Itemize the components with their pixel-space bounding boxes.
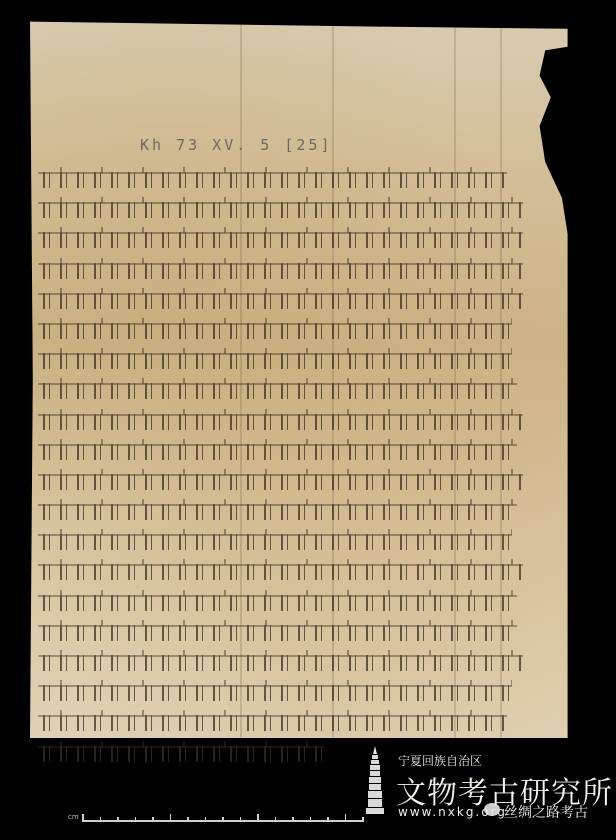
catalog-label: Kh 73 XV. 5 [25] — [140, 136, 333, 154]
handwritten-text — [38, 564, 523, 580]
scale-tick — [205, 817, 207, 822]
handwritten-text — [38, 715, 507, 731]
scale-tick — [310, 817, 312, 822]
manuscript-line — [38, 647, 598, 675]
handwritten-text — [38, 293, 523, 309]
manuscript-line — [38, 315, 598, 343]
scale-tick — [135, 817, 137, 822]
scale-tick — [100, 817, 102, 822]
pagoda-logo-icon — [364, 746, 386, 820]
handwritten-text — [38, 172, 507, 188]
manuscript-line — [38, 556, 598, 584]
manuscript-line — [38, 164, 598, 192]
manuscript-line — [38, 707, 598, 735]
scale-tick — [82, 814, 84, 822]
scale-tick — [275, 817, 277, 822]
handwritten-text — [38, 444, 517, 460]
handwritten-text — [38, 323, 512, 339]
manuscript-line — [38, 406, 598, 434]
manuscript-line — [38, 617, 598, 645]
handwritten-text — [38, 625, 517, 641]
scale-tick — [222, 817, 224, 822]
handwritten-text — [38, 202, 523, 218]
manuscript-line — [38, 738, 598, 766]
handwritten-text — [38, 534, 512, 550]
scale-tick — [117, 817, 119, 822]
handwritten-text — [38, 504, 517, 520]
handwritten-text — [38, 414, 523, 430]
handwritten-text — [38, 685, 512, 701]
handwritten-text — [38, 474, 523, 490]
manuscript-text — [38, 164, 598, 768]
manuscript-line — [38, 194, 598, 222]
scale-tick — [187, 817, 189, 822]
manuscript-line — [38, 466, 598, 494]
handwritten-text — [38, 595, 517, 611]
watermark-channel: 丝绸之路考古 — [504, 802, 588, 822]
scale-bar — [82, 820, 362, 822]
scale-unit: cm — [68, 813, 79, 821]
handwritten-text — [38, 383, 517, 399]
scale-tick — [292, 817, 294, 822]
manuscript-line — [38, 224, 598, 252]
handwritten-text — [38, 655, 523, 671]
scale-tick — [257, 814, 259, 822]
manuscript-line — [38, 345, 598, 373]
watermark-region: 宁夏回族自治区 — [398, 752, 482, 769]
manuscript-line — [38, 255, 598, 283]
manuscript-line — [38, 285, 598, 313]
scale-tick — [345, 814, 347, 822]
manuscript-line — [38, 526, 598, 554]
scale-tick — [327, 817, 329, 822]
manuscript-line — [38, 436, 598, 464]
wechat-icon — [484, 803, 500, 816]
handwritten-text — [38, 353, 512, 369]
manuscript-line — [38, 375, 598, 403]
scale-tick — [152, 817, 154, 822]
manuscript-line — [38, 496, 598, 524]
manuscript-line — [38, 677, 598, 705]
handwritten-text — [38, 746, 324, 762]
manuscript-line — [38, 587, 598, 615]
handwritten-text — [38, 263, 523, 279]
handwritten-text — [38, 232, 523, 248]
scale-tick — [170, 814, 172, 822]
scale-tick — [240, 817, 242, 822]
